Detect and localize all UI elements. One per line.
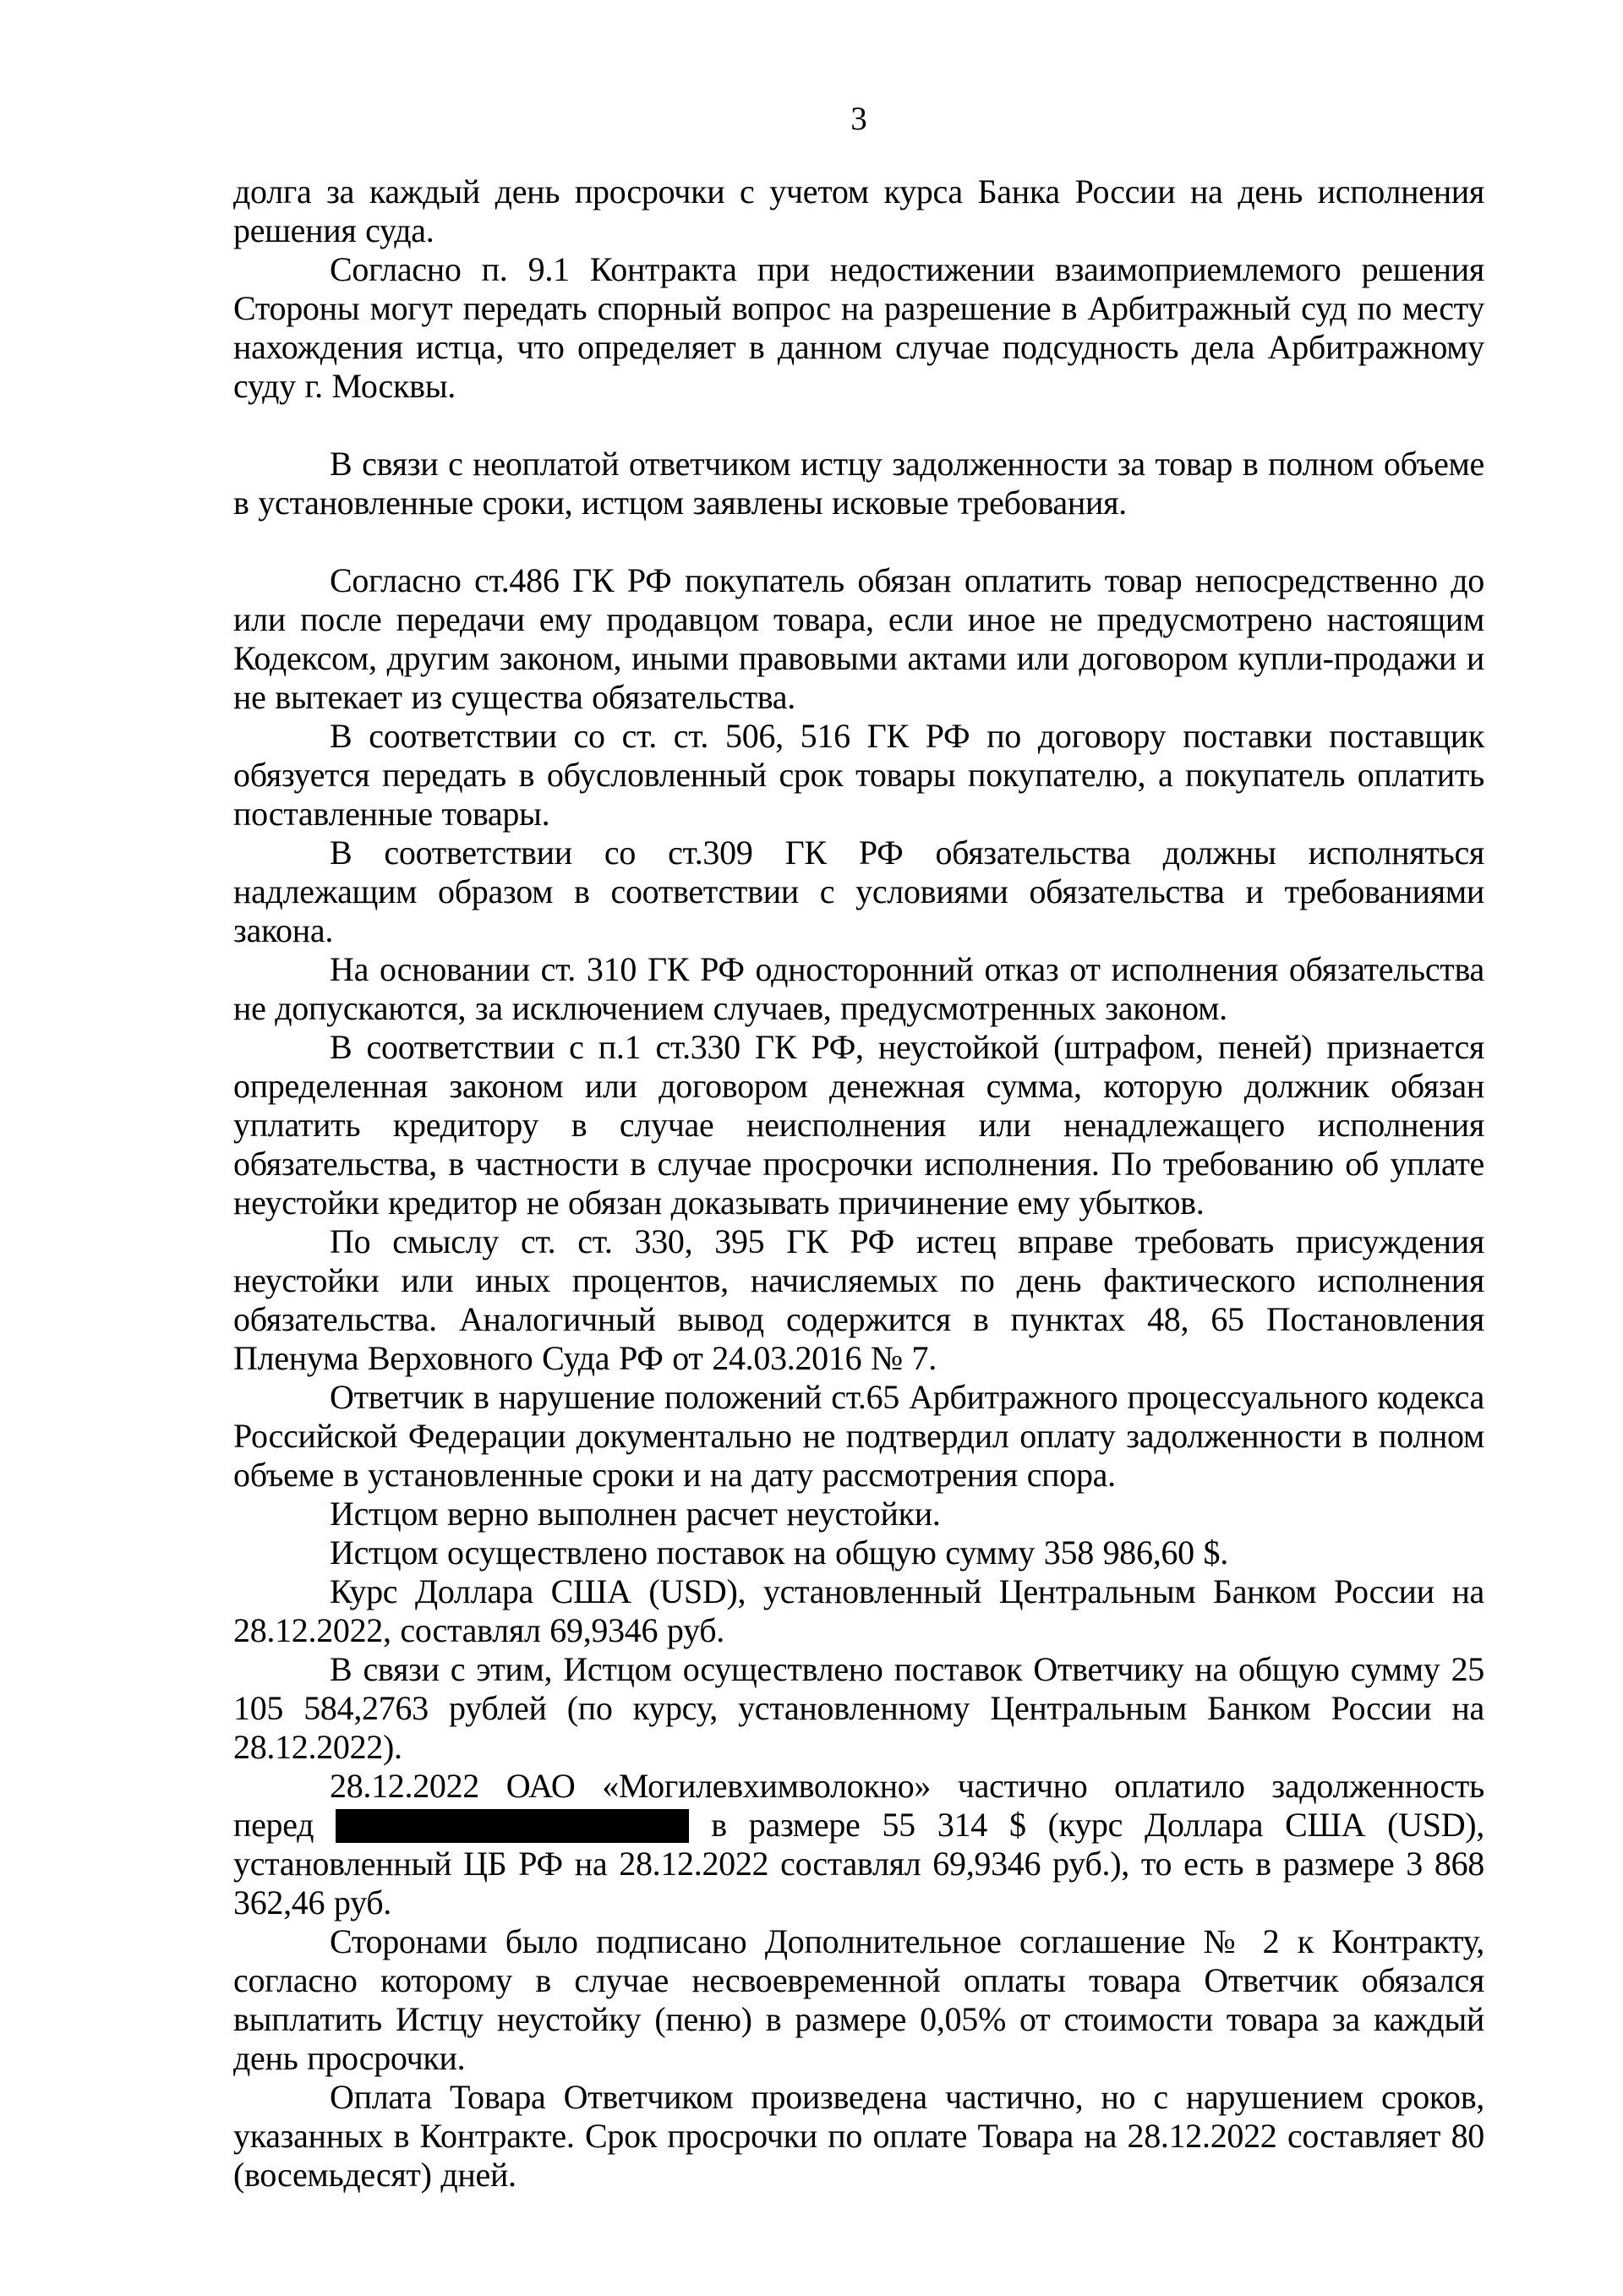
- document-page: 3 долга за каждый день просрочки с учето…: [0, 0, 1623, 2296]
- redaction-box: [336, 1809, 689, 1843]
- paragraph: Курс Доллара США (USD), установленный Це…: [233, 1572, 1484, 1650]
- paragraph: 28.12.2022 ОАО «Могилевхимволокно» части…: [233, 1767, 1484, 1922]
- paragraph: В соответствии со ст.309 ГК РФ обязатель…: [233, 834, 1484, 950]
- paragraph: В связи с неоплатой ответчиком истцу зад…: [233, 445, 1484, 522]
- paragraph: На основании ст. 310 ГК РФ односторонний…: [233, 950, 1484, 1028]
- paragraph: В соответствии со ст. ст. 506, 516 ГК РФ…: [233, 717, 1484, 834]
- document-body: долга за каждый день просрочки с учетом …: [233, 172, 1484, 2195]
- paragraph: долга за каждый день просрочки с учетом …: [233, 172, 1484, 250]
- page-number: 3: [233, 100, 1484, 139]
- paragraph: Ответчик в нарушение положений ст.65 Арб…: [233, 1378, 1484, 1495]
- paragraph: Истцом верно выполнен расчет неустойки.: [233, 1495, 1484, 1533]
- paragraph: Согласно ст.486 ГК РФ покупатель обязан …: [233, 561, 1484, 717]
- paragraph: В соответствии с п.1 ст.330 ГК РФ, неуст…: [233, 1028, 1484, 1222]
- paragraph: Сторонами было подписано Дополнительное …: [233, 1922, 1484, 2078]
- paragraph: Оплата Товара Ответчиком произведена час…: [233, 2078, 1484, 2195]
- paragraph: Согласно п. 9.1 Контракта при недостижен…: [233, 250, 1484, 406]
- paragraph: В связи с этим, Истцом осуществлено пост…: [233, 1650, 1484, 1767]
- paragraph: По смыслу ст. ст. 330, 395 ГК РФ истец в…: [233, 1222, 1484, 1378]
- paragraph: Истцом осуществлено поставок на общую су…: [233, 1533, 1484, 1572]
